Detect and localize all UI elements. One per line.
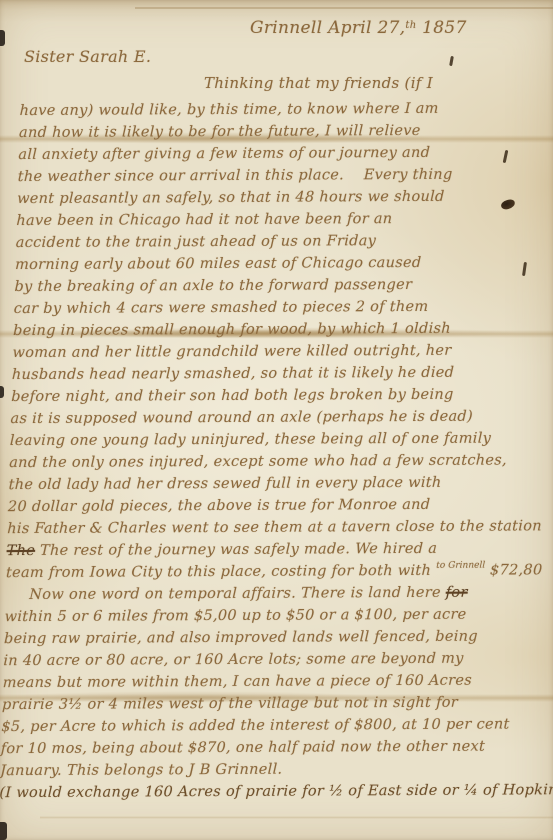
letter-line: have been in Chicago had it not have bee…	[16, 207, 546, 232]
letter-page: Grinnell April 27,th 1857 Sister Sarah E…	[0, 0, 553, 840]
letter-line: prairie 3½ or 4 miles west of the villag…	[2, 691, 532, 716]
team-text: team from Iowa City to this place, costi…	[6, 563, 437, 581]
struck-word: The	[6, 543, 35, 559]
letter-line: husbands head nearly smashed, so that it…	[12, 361, 542, 386]
letter-line: being in pieces small enough for wood, b…	[13, 317, 543, 342]
scan-edge-mark	[0, 822, 7, 840]
letter-line-journey: The The rest of the journey was safely m…	[6, 537, 536, 562]
letter-line: by the breaking of an axle to the forwar…	[14, 273, 544, 298]
letter-line: all anxiety after giving a few items of …	[18, 141, 548, 166]
postscript-line: (I would exchange 160 Acres of prairie f…	[0, 779, 529, 804]
letter-line-team: team from Iowa City to this place, costi…	[6, 559, 536, 584]
letter-line: have any) would like, by this time, to k…	[19, 97, 549, 122]
letter-line: and the only ones injured, except some w…	[9, 449, 539, 474]
letter-line: as it is supposed wound around an axle (…	[10, 405, 540, 430]
letter-body: have any) would like, by this time, to k…	[0, 97, 549, 804]
letter-line: accident to the train just ahead of us o…	[15, 229, 545, 254]
interlinear-insertion: to Grinnell	[436, 561, 485, 571]
letter-line: car by which 4 cars were smashed to piec…	[13, 295, 543, 320]
letter-line: $5, per Acre to which is added the inter…	[1, 713, 531, 738]
letter-line: and how it is likely to be for the futur…	[19, 119, 549, 144]
letter-line: leaving one young lady uninjured, these …	[10, 427, 540, 452]
letter-line: the old lady had her dress sewed full in…	[8, 471, 538, 496]
letter-line: before night, and their son had both leg…	[11, 383, 541, 408]
journey-text: The rest of the journey was safely made.…	[35, 541, 438, 559]
dateline-text: Grinnell April 27,	[250, 18, 405, 38]
letter-line: January. This belongs to J B Grinnell.	[0, 757, 529, 782]
letter-line: went pleasantly an safely, so that in 48…	[17, 185, 547, 210]
dateline-ordinal: th	[405, 20, 416, 31]
letter-line: woman and her little grandchild were kil…	[12, 339, 542, 364]
ink-mark	[449, 56, 454, 66]
top-fold-line	[135, 7, 553, 9]
salutation: Sister Sarah E.	[24, 47, 151, 66]
letter-line: morning early about 60 miles east of Chi…	[15, 251, 545, 276]
faint-crease	[40, 816, 553, 819]
letter-line: being raw prairie, and also improved lan…	[4, 625, 534, 650]
letter-line: for 10 mos, being about $870, one half p…	[0, 735, 530, 760]
letter-line: means but more within them, I can have a…	[2, 669, 532, 694]
struck-word: for	[446, 585, 468, 601]
dateline: Grinnell April 27,th 1857	[250, 18, 540, 38]
letter-line: in 40 acre or 80 acre, or 160 Acre lots;…	[3, 647, 533, 672]
letter-line-temporal: Now one word on temporal affairs. There …	[5, 581, 535, 606]
letter-line: 20 dollar gold pieces, the above is true…	[8, 493, 538, 518]
opening-line: Thinking that my friends (if I	[204, 74, 433, 92]
dateline-year: 1857	[416, 18, 466, 38]
letter-line: within 5 or 6 miles from $5,00 up to $50…	[4, 603, 534, 628]
letter-line: his Father & Charles went to see them at…	[7, 515, 537, 540]
scan-edge-mark	[0, 386, 4, 398]
temporal-text: Now one word on temporal affairs. There …	[29, 585, 446, 603]
team-amount: $72,80	[485, 562, 543, 578]
scan-edge-mark	[0, 30, 5, 46]
letter-line: the weather since our arrival in this pl…	[17, 163, 547, 188]
